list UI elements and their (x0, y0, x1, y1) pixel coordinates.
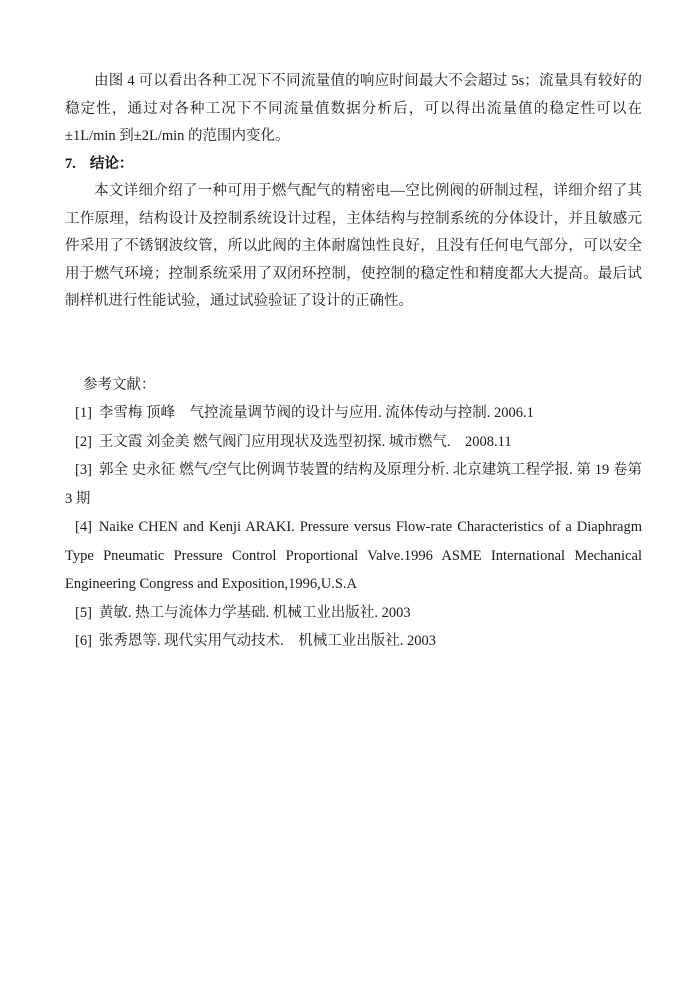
reference-label: [2] (75, 434, 92, 450)
section-number: 7. (65, 156, 76, 172)
reference-label: [3] (75, 462, 92, 478)
reference-text: Naike CHEN and Kenji ARAKI. Pressure ver… (65, 519, 642, 592)
references-section: 参考文献： [1]李雪梅 顶峰 气控流量调节阀的设计与应用. 流体传动与控制. … (65, 371, 642, 656)
references-heading: 参考文献： (65, 371, 642, 400)
reference-label: [4] (75, 519, 92, 535)
reference-item-3: [3]郭全 史永征 燃气/空气比例调节装置的结构及原理分析. 北京建筑工程学报.… (65, 456, 642, 513)
reference-text: 李雪梅 顶峰 气控流量调节阀的设计与应用. 流体传动与控制. 2006.1 (99, 405, 534, 421)
reference-item-6: [6]张秀恩等. 现代实用气动技术. 机械工业出版社. 2003 (65, 627, 642, 656)
reference-label: [5] (75, 605, 92, 621)
document-page: 由图 4 可以看出各种工况下不同流量值的响应时间最大不会超过 5s；流量具有较好… (0, 0, 700, 990)
reference-item-1: [1]李雪梅 顶峰 气控流量调节阀的设计与应用. 流体传动与控制. 2006.1 (65, 399, 642, 428)
reference-label: [1] (75, 405, 92, 421)
reference-label: [6] (75, 633, 92, 649)
paragraph-conclusion: 本文详细介绍了一种可用于燃气配气的精密电—空比例阀的研制过程，详细介绍了其工作原… (65, 178, 642, 316)
section-title: 结论： (90, 156, 134, 172)
section-heading-conclusion: 7.结论： (65, 151, 642, 179)
reference-item-2: [2]王文霞 刘金美 燃气阀门应用现状及选型初探. 城市燃气. 2008.11 (65, 428, 642, 457)
reference-text: 郭全 史永征 燃气/空气比例调节装置的结构及原理分析. 北京建筑工程学报. 第 … (65, 462, 642, 507)
reference-item-4: [4]Naike CHEN and Kenji ARAKI. Pressure … (65, 513, 642, 599)
reference-text: 张秀恩等. 现代实用气动技术. 机械工业出版社. 2003 (99, 633, 436, 649)
paragraph-flow-analysis: 由图 4 可以看出各种工况下不同流量值的响应时间最大不会超过 5s；流量具有较好… (65, 68, 642, 151)
reference-text: 黄敏. 热工与流体力学基础. 机械工业出版社. 2003 (99, 605, 411, 621)
reference-item-5: [5]黄敏. 热工与流体力学基础. 机械工业出版社. 2003 (65, 599, 642, 628)
reference-text: 王文霞 刘金美 燃气阀门应用现状及选型初探. 城市燃气. 2008.11 (99, 434, 512, 450)
